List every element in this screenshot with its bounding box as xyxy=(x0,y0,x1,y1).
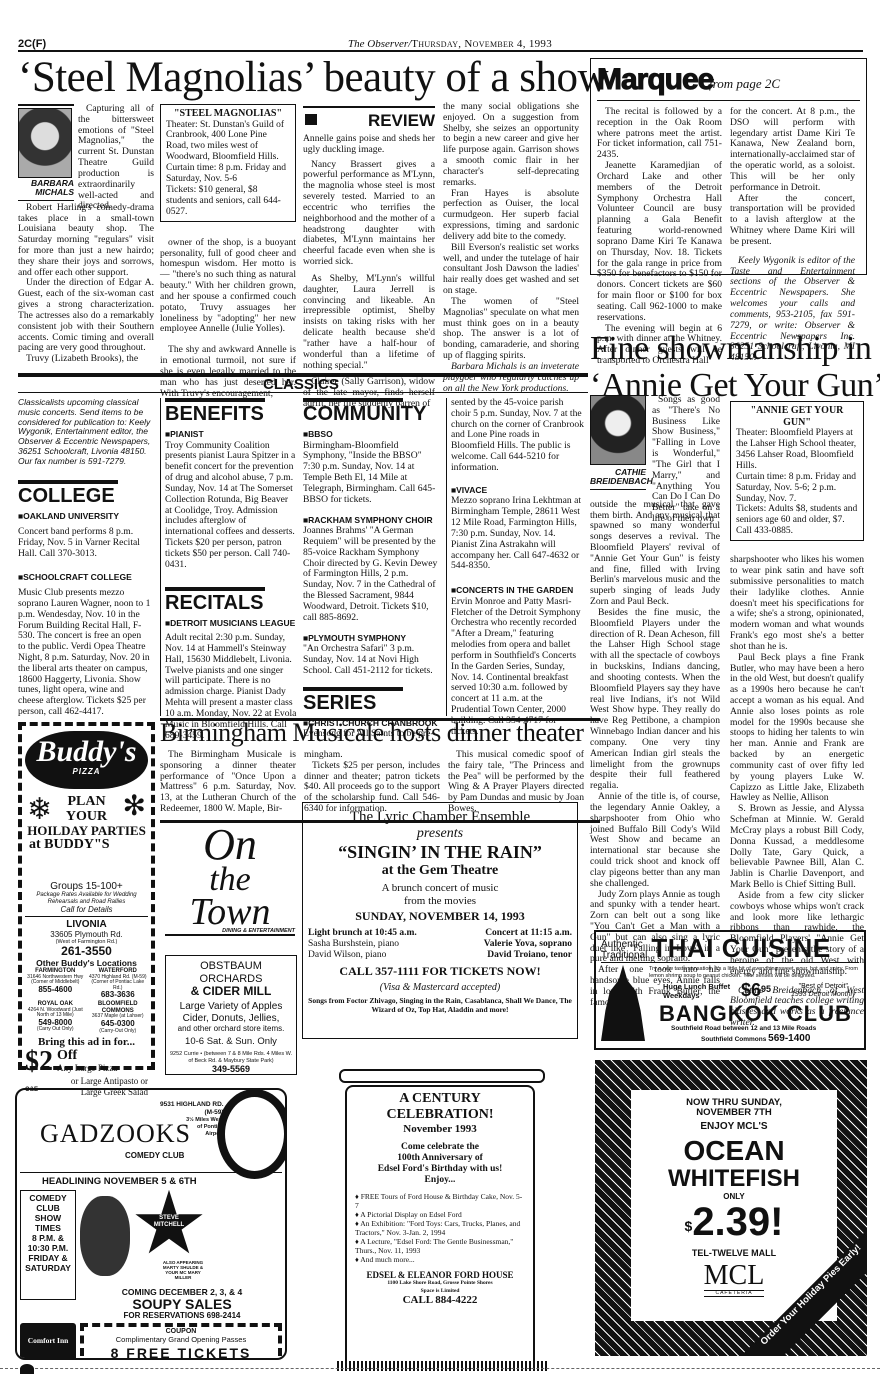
location-note: (Carry-Out Only) xyxy=(99,1028,136,1034)
paragraph: The women of "Steel Magnolias" speculate… xyxy=(443,297,579,362)
snowflake-icon: ❄ xyxy=(27,793,52,827)
issue-date: Thursday, November 4, 1993 xyxy=(411,38,552,50)
bangkok-club-name: BANGKOK CLUB xyxy=(659,1003,852,1025)
locations-grid: FARMINGTON31646 Northwestern Hwy (Corner… xyxy=(25,968,148,1034)
paragraph: Jeanette Karamedjian of Orchard Lake and… xyxy=(597,161,722,323)
marquee-title: Marquee xyxy=(597,63,713,96)
byline: CATHIE BREIDENBACH xyxy=(590,468,646,490)
lyric-title: “SINGIN’ IN THE RAIN” xyxy=(308,842,572,863)
review-text: REVIEW xyxy=(368,111,435,130)
snowflake-icon: ✻ xyxy=(123,791,146,823)
mcl-logo: MCL xyxy=(631,1261,837,1290)
ford-house-phone: CALL 884-4222 xyxy=(355,1294,525,1307)
gadzooks-address: 9531 HIGHLAND RD. xyxy=(160,1101,224,1109)
lyric-desc: A brunch concert of music xyxy=(308,882,572,895)
bangkok-commons: Southfield Commons xyxy=(701,1036,766,1043)
lyric-venue: at the Gem Theatre xyxy=(308,863,572,879)
classics-col-3: COMMUNITY BBSO Birmingham-Bloomfield Sym… xyxy=(303,398,439,740)
headlining-text: HEADLINING NOVEMBER 5 & 6TH xyxy=(42,1177,282,1188)
obstbaum-body: Large Variety of Apples xyxy=(169,1001,293,1013)
obstbaum-body: Cider, Donuts, Jellies, xyxy=(169,1013,293,1025)
location-addr: 31646 Northwestern Hwy (Corner of Middle… xyxy=(27,974,83,986)
paragraph: sharpshooter who likes his women to wear… xyxy=(730,555,864,652)
location-phone: 549-8000 xyxy=(38,1018,72,1027)
paragraph: Nancy Brassert gives a powerful performa… xyxy=(303,160,435,268)
star-badge: STEVE MITCHELL xyxy=(134,1190,204,1260)
location-note: (Carry Out Only) xyxy=(37,1026,74,1032)
century-item: ♦ FREE Tours of Ford House & Birthday Ca… xyxy=(355,1192,525,1210)
sub-heading: RACKHAM SYMPHONY CHOIR xyxy=(303,516,439,526)
gadzooks-subtitle: COMEDY CLUB xyxy=(125,1151,184,1160)
show-times: CLUB xyxy=(21,1203,75,1213)
section-college: COLLEGE xyxy=(18,486,151,506)
info-curtain: Curtain time: 8 p.m. Friday and Saturday… xyxy=(166,163,290,185)
lyric-detail: Valerie Yova, soprano xyxy=(484,939,572,950)
classics-col-1: Classicalists upcoming classical music c… xyxy=(18,398,151,718)
century-item-text: And much more... xyxy=(360,1255,414,1264)
sub-heading: PIANIST xyxy=(165,430,297,440)
show-times: SATURDAY xyxy=(21,1263,75,1273)
listing: sented by the 45-voice parish choir 5 p.… xyxy=(451,398,584,474)
best-source: 1993 Detroit Monthly xyxy=(791,991,856,999)
location-phone: 645-0300 xyxy=(101,1019,135,1028)
obstbaum-ad: OBSTBAUM ORCHARDS & CIDER MILL Large Var… xyxy=(165,955,297,1075)
buffet-price: $6 xyxy=(741,980,761,1000)
paragraph: Fran Hayes is absolute perfection as Oui… xyxy=(443,189,579,243)
listing: Mezzo soprano Irina Lekhtman at Birmingh… xyxy=(451,496,584,572)
location-phone: 683-3636 xyxy=(101,990,135,999)
location-addr: 4370 Highland Rd. (M-59) (Corner of Pont… xyxy=(89,974,147,991)
lyric-detail: Light brunch at 10:45 a.m. xyxy=(308,928,417,939)
star-name: STEVE MITCHELL xyxy=(152,1215,186,1229)
discount-amount: $2 xyxy=(25,1048,53,1076)
sub-heading: VIVACE xyxy=(451,486,584,496)
location-phone: 855-4600 xyxy=(38,985,72,994)
lyric-presenter: The Lyric Chamber Ensemble xyxy=(308,809,572,826)
thai-description: Try a new taste sensation. It's a little… xyxy=(649,966,864,979)
lyric-detail: David Troiano, tenor xyxy=(484,950,572,961)
ford-house-address: 1100 Lake Shore Road, Grosse Pointe Shor… xyxy=(355,1280,525,1286)
paragraph: After the concert, transportation will b… xyxy=(730,194,855,248)
paper-name: The Observer/ xyxy=(348,38,411,50)
obstbaum-title: & CIDER MILL xyxy=(169,985,293,999)
marquee-box: Marquee from page 2C The recital is foll… xyxy=(590,58,867,275)
mcl-logo-sub: CAFETERIA xyxy=(704,1290,764,1297)
century-item: ♦ A Pictorial Display on Edsel Ford xyxy=(355,1210,525,1219)
masthead-date: The Observer/Thursday, November 4, 1993 xyxy=(348,38,552,50)
film-reel-graphic xyxy=(217,1089,287,1179)
cathie-breidenbach-photo xyxy=(590,395,646,465)
town-text: Town xyxy=(165,895,295,929)
obstbaum-hours: 10-6 Sat. & Sun. Only xyxy=(169,1037,293,1048)
sub-heading: SCHOOLCRAFT COLLEGE xyxy=(18,573,151,583)
best-of-detroit: "Best of Detroit" xyxy=(791,983,856,991)
paragraph: Annelle gains poise and sheds her ugly d… xyxy=(303,134,435,156)
review-label: REVIEW xyxy=(303,106,435,130)
paragraph: As Shelby, M'Lynn's willful daughter, La… xyxy=(303,274,435,371)
paragraph: the many social obligations she enjoyed.… xyxy=(443,102,579,189)
lyric-date: SUNDAY, NOVEMBER 14, 1993 xyxy=(308,910,572,924)
century-item-text: An Exhibition: "Ford Toys: Cars, Trucks,… xyxy=(355,1219,520,1237)
classics-col-2: BENEFITS PIANIST Troy Community Coalitio… xyxy=(160,398,297,716)
fringe-graphic xyxy=(337,1361,547,1371)
curtain-rod-graphic xyxy=(339,1069,545,1083)
buddha-icon xyxy=(601,965,645,1041)
paragraph: Truvy (Lizabeth Brooks), the xyxy=(18,354,154,365)
comfort-inn-logo: Comfort Inn COMIC'S ROOM PROVIDED BY COM… xyxy=(20,1323,76,1360)
bangkok-phone: 569-1400 xyxy=(768,1033,810,1044)
mcl-price: 2.39! xyxy=(692,1200,783,1244)
listing: Joannes Brahms' "A German Requiem" will … xyxy=(303,526,439,623)
paragraph: S. Brown as Jessie, and Alyssa Schefman … xyxy=(730,804,864,891)
classics-header-bar: CLASSICS xyxy=(18,373,588,393)
groups-text: Groups 15-100+ xyxy=(25,881,148,892)
location-name: BLOOMFIELD COMMONS xyxy=(98,1001,138,1014)
info-title: "ANNIE GET YOUR GUN" xyxy=(736,405,858,428)
obstbaum-body: and other orchard store items. xyxy=(169,1024,293,1033)
steel-magnolias-article: BARBARA MICHALS Capturing all of the bit… xyxy=(18,102,598,372)
paragraph: Annie of the title is, of course, the le… xyxy=(590,792,720,889)
century-item: ♦ A Lecture, "Edsel Ford: The Gentle Bus… xyxy=(355,1237,525,1255)
listing: Ervin Monroe and Patty Masri-Fletcher of… xyxy=(451,597,584,738)
paragraph: The Birmingham Musicale is sponsoring a … xyxy=(160,750,296,815)
location: ROYAL OAK4264 N. Woodward (Just North of… xyxy=(25,1001,86,1034)
sub-heading: BBSO xyxy=(303,430,439,440)
lyric-call: CALL 357-1111 FOR TICKETS NOW! xyxy=(308,965,572,979)
call-for-details: Call for Details xyxy=(25,905,148,916)
show-times: FRIDAY & xyxy=(21,1253,75,1263)
paragraph: for the concert. At 8 p.m., the DSO will… xyxy=(730,107,855,194)
listing: "An Orchestra Safari" 3 p.m. Sunday, Nov… xyxy=(303,644,439,676)
dining-subtitle: DINING & ENTERTAINMENT xyxy=(165,929,295,936)
paragraph: Bill Everson's realistic set works well,… xyxy=(443,243,579,297)
livonia-location: LIVONIA xyxy=(25,919,148,930)
century-item-text: A Lecture, "Edsel Ford: The Gentle Busin… xyxy=(355,1237,513,1255)
paragraph: Robert Harling's comedy-drama takes plac… xyxy=(18,203,154,279)
section-series: SERIES xyxy=(303,693,439,713)
century-item: ♦ And much more... xyxy=(355,1255,525,1264)
listing: Troy Community Coalition presents pianis… xyxy=(165,441,297,571)
section-community: COMMUNITY xyxy=(303,404,439,424)
show-info-box: "ANNIE GET YOUR GUN" Theater: Bloomfield… xyxy=(730,401,864,541)
page-number: 2C(F) xyxy=(18,38,46,50)
show-times: SHOW xyxy=(21,1213,75,1223)
classics-col-4: sented by the 45-voice parish choir 5 p.… xyxy=(446,398,584,716)
lyric-presents: presents xyxy=(308,826,572,842)
show-times: COMEDY xyxy=(21,1193,75,1203)
thai-authentic: Authentic xyxy=(601,940,647,951)
offer: Any Large Pizza xyxy=(57,1064,117,1074)
obstbaum-title: OBSTBAUM ORCHARDS xyxy=(169,960,293,985)
century-body: 100th Anniversary of xyxy=(355,1153,525,1164)
century-title: CELEBRATION! xyxy=(355,1107,525,1123)
obstbaum-address: 9252 Currie • (between 7 & 8 Mile Rds. 4… xyxy=(169,1051,293,1064)
comedian-photo xyxy=(80,1196,130,1276)
sub-heading: OAKLAND UNIVERSITY xyxy=(18,512,151,522)
century-item-text: FREE Tours of Ford House & Birthday Cake… xyxy=(355,1192,522,1210)
info-tickets: Tickets: Adults $8, students and seniors… xyxy=(736,504,858,537)
location: FARMINGTON31646 Northwestern Hwy (Corner… xyxy=(25,968,86,1000)
off-label: Off xyxy=(57,1048,117,1063)
buddys-pizza-ad: Buddy's PIZZA ❄ ✻ PLAN YOUR HOILDAY PART… xyxy=(18,722,155,1070)
show-times-box: COMEDYCLUBSHOWTIMES8 P.M. &10:30 P.M.FRI… xyxy=(20,1190,76,1300)
show-times: 8 P.M. & xyxy=(21,1233,75,1243)
on-text: On xyxy=(165,825,295,865)
weekdays-label: Weekdays xyxy=(663,992,730,1001)
steel-magnolias-headline: ‘Steel Magnolias’ beauty of a show xyxy=(18,56,598,99)
other-locations-heading: Other Buddy's Locations xyxy=(25,959,148,969)
reservations-phone: FOR RESERVATIONS 698-2414 xyxy=(82,1312,282,1321)
listing: Birmingham-Bloomfield Symphony, "Inside … xyxy=(303,441,439,506)
section-benefits: BENEFITS xyxy=(165,404,297,424)
lyric-payment: (Visa & Mastercard accepted) xyxy=(308,982,572,994)
ford-house-name: EDSEL & ELEANOR FORD HOUSE xyxy=(355,1270,525,1280)
lyric-songs: Songs from Foctor Zhivago, Singing in th… xyxy=(308,997,572,1014)
century-celebration-ad: A CENTURY CELEBRATION! November 1993 Com… xyxy=(345,1085,535,1365)
plan-text: at BUDDY"S xyxy=(25,838,148,853)
century-month: November 1993 xyxy=(355,1123,525,1136)
paragraph: The recital is followed by a reception i… xyxy=(597,107,722,161)
byline: BARBARA MICHALS xyxy=(18,179,74,201)
birmingham-headline: Birmingham Musicale hosts dinner theater xyxy=(160,720,590,746)
thai-title: THAI CUISINE xyxy=(651,935,830,961)
livonia-address: 33605 Plymouth Rd. xyxy=(25,930,148,939)
comfort-inn-text: Comfort Inn xyxy=(28,1336,69,1345)
listing: Concert band performs 8 p.m. Friday, Nov… xyxy=(18,527,151,559)
lead-paragraph: Capturing all of the bittersweet emotion… xyxy=(78,104,154,212)
barbara-michals-photo xyxy=(18,108,72,178)
buddys-logo: Buddy's PIZZA xyxy=(25,731,148,789)
annie-article: CATHIE BREIDENBACH Songs as good as "The… xyxy=(590,395,870,995)
obstbaum-phone: 349-5569 xyxy=(169,1064,293,1074)
paragraph: owner of the shop, is a buoyant personal… xyxy=(160,238,296,335)
century-title: A CENTURY xyxy=(355,1091,525,1107)
century-item-text: A Pictorial Display on Edsel Ford xyxy=(360,1210,461,1219)
info-theater: Theater: St. Dunstan's Guild of Cranbroo… xyxy=(166,120,290,164)
listing: Music Club presents mezzo soprano Lauren… xyxy=(18,588,151,718)
buffet-price-cents: 95 xyxy=(761,984,771,994)
location: BLOOMFIELD COMMONS3637 Maple (at Lahser)… xyxy=(88,1001,149,1034)
paragraph: Besides the fine music, the Bloomfield P… xyxy=(590,608,720,792)
location: WATERFORD4370 Highland Rd. (M-59) (Corne… xyxy=(88,968,149,1000)
on-the-town-logo: On the Town DINING & ENTERTAINMENT xyxy=(165,825,295,950)
century-item: ♦ An Exhibition: "Ford Toys: Cars, Truck… xyxy=(355,1219,525,1237)
also-appearing: ALSO APPEARING MARTY SHULDE & YOUR MC MA… xyxy=(160,1260,206,1280)
marquee-from: from page 2C xyxy=(709,77,780,92)
classics-title: CLASSICS xyxy=(263,377,339,394)
bangkok-address: Southfield Road between 12 and 13 Mile R… xyxy=(671,1025,816,1032)
show-times: 10:30 P.M. xyxy=(21,1243,75,1253)
mcl-enjoy: ENJOY MCL'S xyxy=(631,1122,837,1133)
mcl-mall: TEL-TWELVE MALL xyxy=(631,1249,837,1258)
gadzooks-comedy-club-ad: GADZOOKS COMEDY CLUB 9531 HIGHLAND RD. (… xyxy=(15,1088,287,1360)
classics-intro: Classicalists upcoming classical music c… xyxy=(18,398,151,466)
coupon-passes: Complimentary Grand Opening Passes xyxy=(85,1336,277,1345)
sub-heading: DETROIT MUSICIANS LEAGUE xyxy=(165,619,297,629)
sub-heading: PLYMOUTH SYMPHONY xyxy=(303,634,439,644)
location-addr: 4264 N. Woodward (Just North of 13 Mile) xyxy=(28,1007,83,1019)
century-body: Edsel Ford's Birthday with us! xyxy=(355,1164,525,1175)
mcl-item: OCEAN xyxy=(631,1136,837,1165)
lyric-chamber-ad: The Lyric Chamber Ensemble presents “SIN… xyxy=(302,802,578,1039)
century-body: Enjoy... xyxy=(355,1175,525,1186)
lyric-detail: Concert at 11:15 a.m. xyxy=(484,928,572,939)
show-info-box: "STEEL MAGNOLIAS" Theater: St. Dunstan's… xyxy=(160,104,296,222)
annie-headline-line1: Fine showmanship in xyxy=(590,330,871,367)
review-square-icon xyxy=(305,114,317,125)
mcl-item: WHITEFISH xyxy=(631,1166,837,1191)
sub-heading: CONCERTS IN THE GARDEN xyxy=(451,586,584,596)
lyric-desc: from the movies xyxy=(308,895,572,908)
thai-cuisine-ad: AuthenticTraditional THAI CUISINE Try a … xyxy=(594,930,866,1050)
info-curtain: Curtain time: 8 p.m. Friday and Saturday… xyxy=(736,472,858,505)
thai-traditional: Traditional xyxy=(601,951,647,962)
paragraph: Paul Beck plays a fine Frank Butler, who… xyxy=(730,653,864,805)
info-theater: Theater: Bloomfield Players at the Lahse… xyxy=(736,428,858,472)
section-recitals: RECITALS xyxy=(165,593,297,613)
livonia-phone: 261-3550 xyxy=(25,945,148,959)
mcl-cafeteria-ad: NOW THRU SUNDAY, NOVEMBER 7TH ENJOY MCL'… xyxy=(595,1060,867,1356)
info-title: "STEEL MAGNOLIAS" xyxy=(166,108,290,120)
annie-headline: Fine showmanship in ‘Annie Get Your Gun’ xyxy=(590,330,880,405)
mcl-date: NOVEMBER 7TH xyxy=(631,1108,837,1118)
lead-paragraph: Songs as good as "There's No Business Li… xyxy=(652,395,720,525)
masthead: 2C(F) The Observer/Thursday, November 4,… xyxy=(18,38,863,52)
coupon-box: COUPON Complimentary Grand Opening Passe… xyxy=(80,1323,282,1360)
century-body: Come celebrate the xyxy=(355,1142,525,1153)
package-text: Package Rates Available for Wedding Rehe… xyxy=(25,892,148,905)
coupon-free-tickets: 8 FREE TICKETS xyxy=(85,1345,277,1360)
info-tickets: Tickets: $10 general, $8 students and se… xyxy=(166,185,290,218)
lyric-detail: David Wilson, piano xyxy=(308,950,417,961)
offer: or Large Antipasto or xyxy=(25,1076,148,1086)
paragraph: Under the direction of Edgar A. Guest, e… xyxy=(18,278,154,354)
lyric-detail: Sasha Burshstein, piano xyxy=(308,939,417,950)
show-times: TIMES xyxy=(21,1223,75,1233)
